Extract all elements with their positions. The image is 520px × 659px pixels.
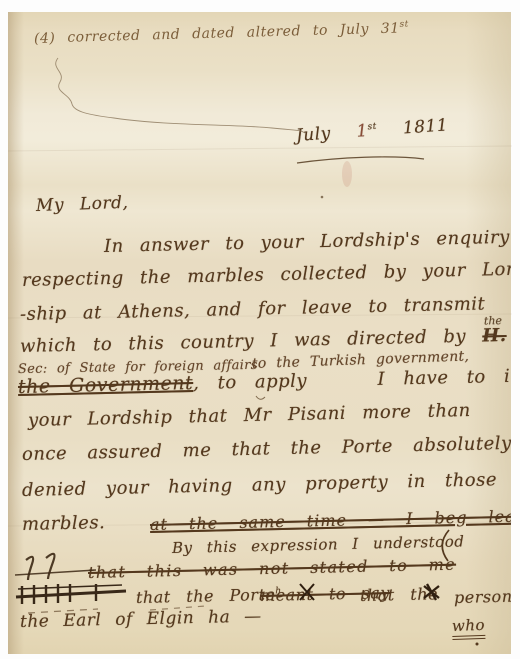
- scanned-letter-page: (4)corrected and dated altered to July 3…: [0, 0, 520, 659]
- body-line-11-text: By this expression I understood: [172, 532, 465, 557]
- body-line-10-start: marbles.: [22, 512, 106, 535]
- body-line-11: By this expression I understood before: [172, 530, 511, 557]
- struck-text: at the same time — I beg leave: [150, 506, 511, 534]
- annotation-superscript: st: [399, 20, 409, 30]
- body-line-13-text-a: that the Porte: [136, 585, 276, 607]
- date-year: 1811: [402, 115, 449, 138]
- body-line-13c: that the: [360, 584, 438, 605]
- body-line-1: In answer to your Lordship's enquiry: [104, 227, 510, 257]
- body-line-13d: persons: [454, 586, 511, 607]
- salutation: My Lord,: [36, 193, 129, 216]
- body-line-2: respecting the marbles collected by your…: [22, 258, 511, 291]
- body-line-3: -ship at Athens, and for leave to transm…: [20, 293, 486, 325]
- struck-at-the-same-time: at the same time — I beg leave: [150, 506, 511, 534]
- catchword: who: [452, 616, 486, 635]
- dateline: July 1st 1811: [295, 115, 448, 146]
- catchword-who: who: [452, 616, 486, 640]
- date-month: July: [295, 124, 331, 146]
- body-line-12: that this was not stated to me: [88, 555, 456, 582]
- date-day-superscript: st: [367, 122, 377, 133]
- letter-paper: (4)corrected and dated altered to July 3…: [8, 12, 511, 654]
- body-line-14: the Earl of Elgin ha —: [20, 607, 262, 632]
- body-line-6-text-b: I have to inform: [377, 365, 511, 390]
- struck-the-government: the Government: [18, 372, 194, 398]
- struck-text: that this was not stated to me: [88, 555, 456, 582]
- annotation-prefix: (4): [34, 30, 56, 47]
- interlinear-insertion-the: the: [484, 314, 502, 327]
- annotation-text: corrected and dated altered to July 31: [67, 20, 400, 45]
- body-line-8: once assured me that the Porte absolutel…: [22, 433, 511, 465]
- spacer: [325, 385, 359, 386]
- body-line-6-text-a: , to apply: [193, 370, 307, 394]
- archival-annotation: (4)corrected and dated altered to July 3…: [34, 20, 409, 47]
- struck-word-h: H.: [482, 325, 507, 347]
- body-line-9: denied your having any property in those: [22, 469, 497, 501]
- body-line-7: your Lordship that Mr Pisani more than: [28, 400, 471, 431]
